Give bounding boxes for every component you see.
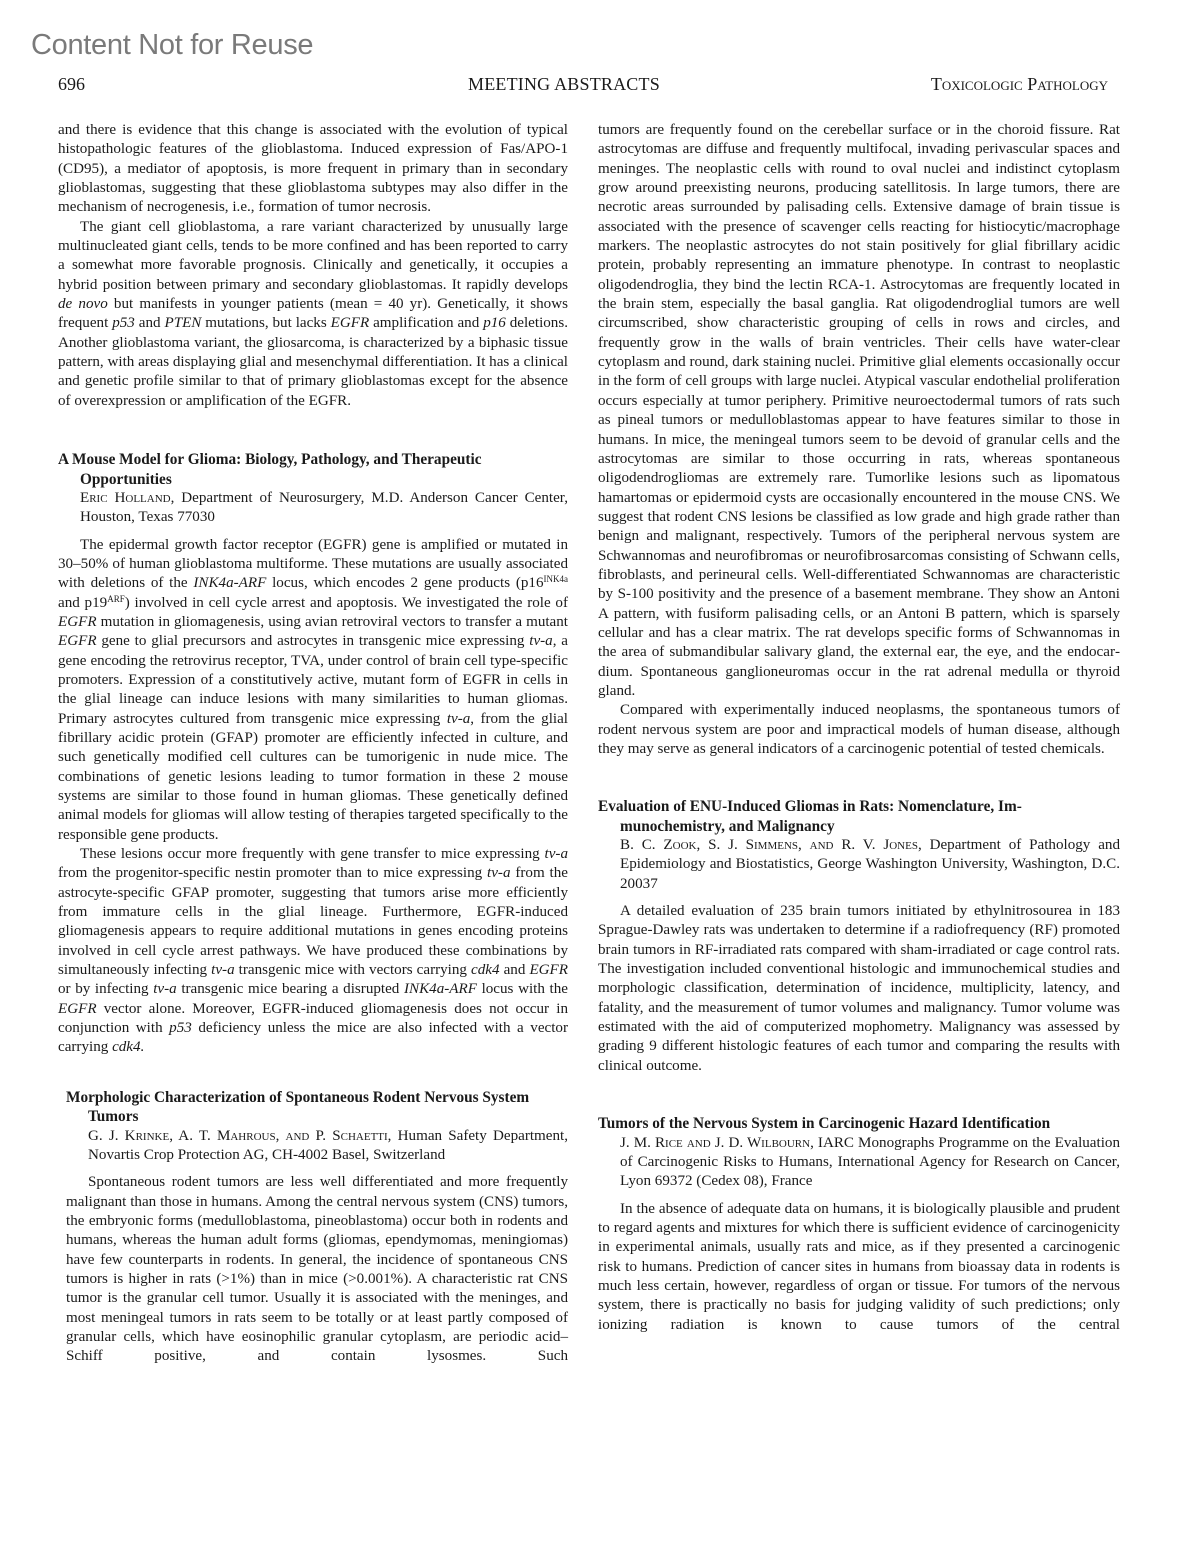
abstract-enu-induced-gliomas: Evaluation of ENU-Induced Gliomas in Rat… <box>598 797 1120 1076</box>
page-number: 696 <box>58 74 85 95</box>
abstract-paragraph: These lesions occur more frequently with… <box>58 845 568 1058</box>
abstract-paragraph: A detailed evaluation of 235 brain tumor… <box>598 902 1120 1076</box>
running-head: 696 MEETING ABSTRACTS Toxicologic Pathol… <box>58 74 1108 98</box>
abstract-carcinogenic-hazard: Tumors of the Nervous System in Carcinog… <box>598 1114 1120 1335</box>
abstract-mouse-model-glioma: A Mouse Model for Glioma: Biology, Patho… <box>58 450 568 1058</box>
abstract-authors: J. M. Rice and J. D. Wilbourn, IARC Mono… <box>598 1134 1120 1192</box>
left-column: and there is evidence that this change i… <box>58 121 568 1367</box>
abstract-title: A Mouse Model for Glioma: Biology, Patho… <box>58 450 568 489</box>
abstract-paragraph: Spontaneous rodent tumors are less well … <box>66 1173 568 1366</box>
abstract-authors: B. C. Zook, S. J. Simmens, and R. V. Jon… <box>598 836 1120 894</box>
abstract-paragraph-continued: tumors are frequently found on the cereb… <box>598 121 1120 701</box>
journal-title: Toxicologic Pathology <box>931 74 1108 95</box>
watermark: Content Not for Reuse <box>31 29 313 62</box>
continuation-paragraph: and there is evidence that this change i… <box>58 121 568 218</box>
abstract-authors: Eric Holland, Department of Neurosurgery… <box>58 489 568 528</box>
continuation-paragraph: The giant cell glioblastoma, a rare vari… <box>58 218 568 411</box>
abstract-spontaneous-rodent-tumors: Morphologic Characterization of Spontane… <box>66 1088 568 1367</box>
abstract-authors: G. J. Krinke, A. T. Mahrous, and P. Scha… <box>66 1127 568 1166</box>
abstract-title: Tumors of the Nervous System in Carcinog… <box>598 1114 1120 1133</box>
section-title: MEETING ABSTRACTS <box>468 74 660 95</box>
right-column: tumors are frequently found on the cereb… <box>598 121 1120 1335</box>
abstract-paragraph: In the absence of adequate data on human… <box>598 1200 1120 1335</box>
abstract-title: Evaluation of ENU-Induced Gliomas in Rat… <box>598 797 1120 836</box>
abstract-paragraph: The epidermal growth factor receptor (EG… <box>58 536 568 846</box>
abstract-title: Morphologic Characterization of Spontane… <box>66 1088 568 1127</box>
abstract-paragraph: Compared with experimentally induced neo… <box>598 701 1120 759</box>
